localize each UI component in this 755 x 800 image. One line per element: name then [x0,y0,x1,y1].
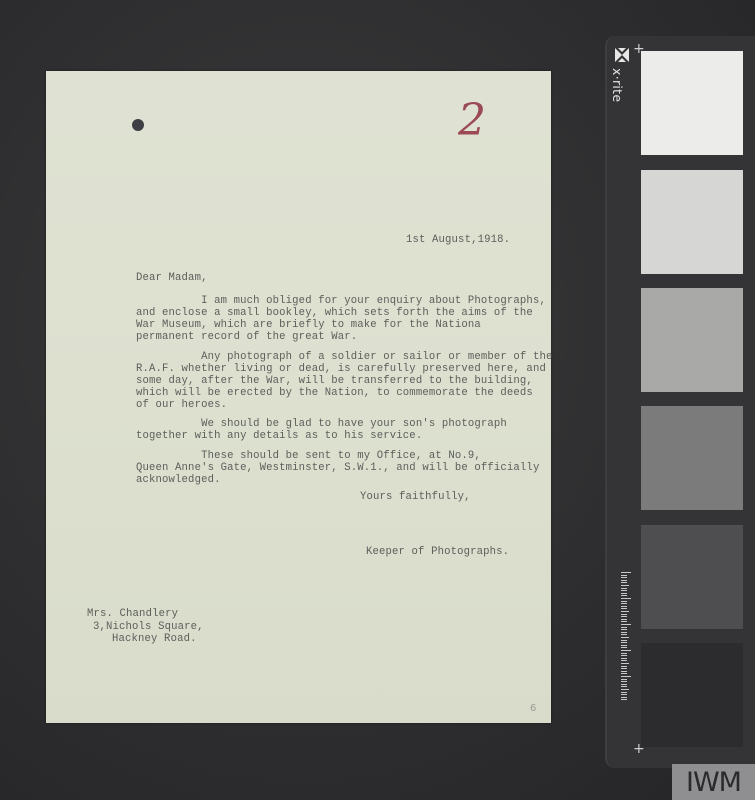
xrite-logo-icon [615,48,629,62]
ruler-tick [621,650,631,651]
ruler-tick [621,697,627,698]
ruler-tick [621,572,631,573]
xrite-brand-text: x·rite [610,68,625,102]
ruler-tick [621,686,627,687]
ruler-tick [621,606,627,607]
ruler-tick [621,668,627,669]
ruler-tick [621,647,627,648]
swatch-light-gray [641,170,743,274]
ruler-tick [621,634,627,635]
ruler-tick [621,616,627,617]
signature-title: Keeper of Photographs. [366,546,509,558]
ruler-tick [621,689,629,690]
swatch-white [641,51,743,155]
ruler-tick [621,619,627,620]
ruler-tick [621,588,627,589]
color-calibration-chart: x·rite + + [605,36,755,768]
ruler-tick [621,673,627,674]
ruler-tick [621,593,627,594]
ruler-tick [621,629,627,630]
letter-page: 2 1st August,1918. Dear Madam, I am much… [46,71,551,723]
ruler-tick [621,580,627,581]
handwritten-folio-number: 2 [458,99,486,143]
ruler-tick [621,595,627,596]
ruler-tick [621,653,627,654]
ruler-tick [621,601,627,602]
letter-date: 1st August,1918. [406,234,510,246]
ruler-tick [621,699,627,700]
ruler-tick [621,632,627,633]
ruler-tick [621,603,627,604]
ruler-tick [621,642,627,643]
ruler-tick [621,624,631,625]
swatch-dark-gray [641,525,743,629]
ruler-tick [621,684,627,685]
ruler-tick [621,590,627,591]
ruler-tick [621,645,627,646]
punch-hole [132,119,144,131]
ruler-tick [621,585,629,586]
ruler-tick [621,655,627,656]
salutation: Dear Madam, [136,272,208,284]
ruler-tick [621,640,627,641]
ruler-tick [621,575,627,576]
ruler-tick [621,658,627,659]
closing: Yours faithfully, [360,491,471,503]
ruler-tick [621,660,627,661]
ruler-tick [621,582,627,583]
ruler-tick [621,611,629,612]
ruler-tick [621,692,627,693]
scale-ruler [621,572,631,712]
ruler-tick [621,627,627,628]
ruler-tick [621,598,631,599]
ruler-tick [621,608,627,609]
ruler-tick [621,694,627,695]
ruler-tick [621,666,627,667]
ruler-tick [621,637,629,638]
ruler-tick [621,671,627,672]
ruler-tick [621,681,627,682]
swatch-gray [641,406,743,510]
swatch-mid-gray [641,288,743,392]
ruler-tick [621,614,627,615]
ruler-tick [621,577,627,578]
ruler-tick [621,663,629,664]
swatch-black [641,643,743,747]
ruler-tick [621,679,627,680]
page-number: 6 [530,703,536,714]
ruler-tick [621,676,631,677]
ruler-tick [621,621,627,622]
iwm-watermark: IWM [672,764,755,800]
